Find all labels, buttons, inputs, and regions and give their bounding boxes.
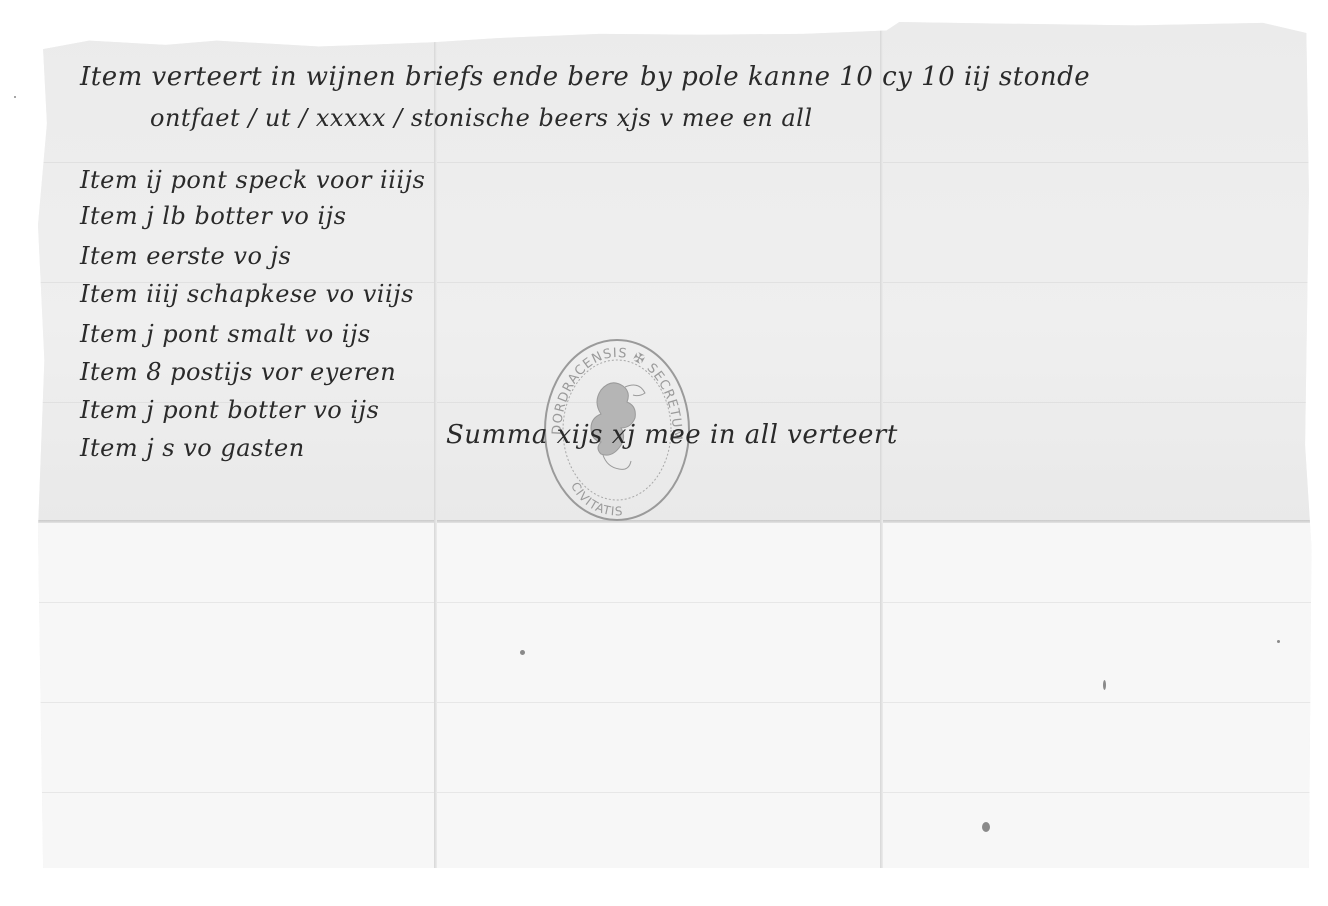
account-item: Item j lb botter vo ijs [80,202,346,230]
vertical-fold-left [434,22,437,868]
account-item: Item j s vo gasten [80,434,305,462]
account-item: Item 8 postijs vor eyeren [80,358,396,386]
account-item: Item ij pont speck voor iiijs [80,166,425,194]
heading-line-1-cont: by pole kanne 10 cy 10 iij stonde [640,62,1090,92]
svg-text:CIVITATIS: CIVITATIS [568,480,624,519]
account-item: Item eerste vo js [80,242,291,270]
account-item: Item j pont smalt vo ijs [80,320,371,348]
account-item: Item j pont botter vo ijs [80,396,379,424]
heading-line-2: ontfaet / ut / xxxxx / stonische beers x… [150,104,813,132]
lower-panel [38,522,1314,868]
account-item: Item iiij schapkese vo viijs [80,280,414,308]
summa-total-line: Summa xijs xj mee in all verteert [446,420,898,450]
seal-legend-bottom: CIVITATIS [568,480,624,519]
heading-line-1: Item verteert in wijnen briefs ende bere [80,62,629,92]
